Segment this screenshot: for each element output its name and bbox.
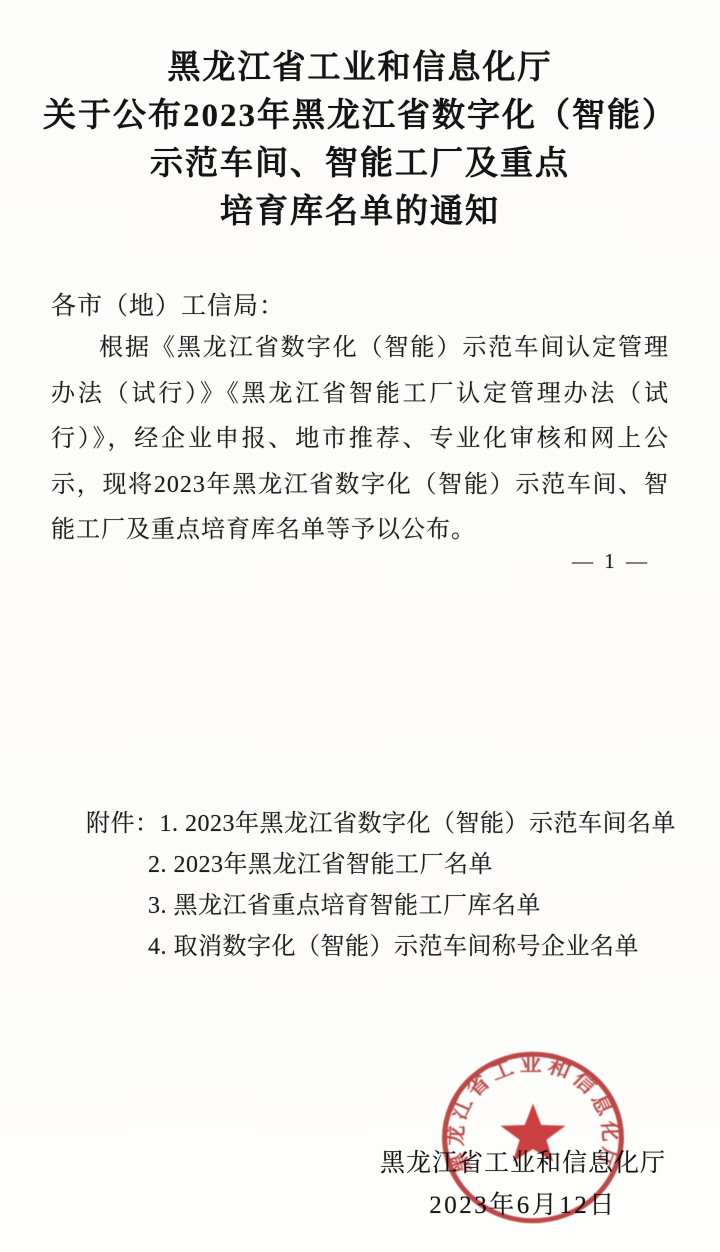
attachment-row: 附件： 1. 2023年黑龙江省数字化（智能）示范车间名单 <box>86 804 680 845</box>
signature-date: 2023年6月12日 <box>380 1185 666 1227</box>
attachment-row: 4. 取消数字化（智能）示范车间称号企业名单 <box>86 927 680 968</box>
attachment-item-3: 3. 黑龙江省重点培育智能工厂库名单 <box>148 886 541 927</box>
signature-issuer: 黑龙江省工业和信息化厅 <box>380 1143 666 1185</box>
attachments-block: 附件： 1. 2023年黑龙江省数字化（智能）示范车间名单 2. 2023年黑龙… <box>86 804 680 968</box>
attachment-row: 2. 2023年黑龙江省智能工厂名单 <box>86 845 680 886</box>
page-number: — 1 — <box>572 549 650 574</box>
document-title: 黑龙江省工业和信息化厅 关于公布2023年黑龙江省数字化（智能） 示范车间、智能… <box>0 44 720 236</box>
attachment-item-1: 1. 2023年黑龙江省数字化（智能）示范车间名单 <box>160 804 677 845</box>
attachment-row: 3. 黑龙江省重点培育智能工厂库名单 <box>86 886 680 927</box>
title-line-2: 关于公布2023年黑龙江省数字化（智能） <box>0 92 720 140</box>
attachment-item-2: 2. 2023年黑龙江省智能工厂名单 <box>148 845 493 886</box>
title-line-4: 培育库名单的通知 <box>0 188 720 236</box>
title-line-1: 黑龙江省工业和信息化厅 <box>0 44 720 92</box>
attachments-label: 附件： <box>86 804 160 845</box>
body-paragraph: 根据《黑龙江省数字化（智能）示范车间认定管理办法（试行）》《黑龙江省智能工厂认定… <box>51 326 669 554</box>
document-page: 黑龙江省工业和信息化厅 关于公布2023年黑龙江省数字化（智能） 示范车间、智能… <box>0 0 720 1252</box>
signature-block: 黑龙江省工业和信息化厅 2023年6月12日 <box>380 1143 666 1227</box>
title-line-3: 示范车间、智能工厂及重点 <box>0 140 720 188</box>
attachment-item-4: 4. 取消数字化（智能）示范车间称号企业名单 <box>148 927 639 968</box>
salutation: 各市（地）工信局： <box>51 286 285 322</box>
